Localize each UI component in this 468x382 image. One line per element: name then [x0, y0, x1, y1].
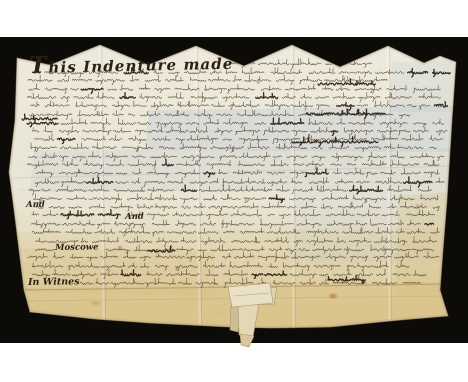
parchment-indenture	[0, 0, 468, 382]
photo-of-document: This Indenture made AndAndMoscoweIn Witn…	[0, 0, 468, 382]
rust-stain	[329, 293, 337, 298]
